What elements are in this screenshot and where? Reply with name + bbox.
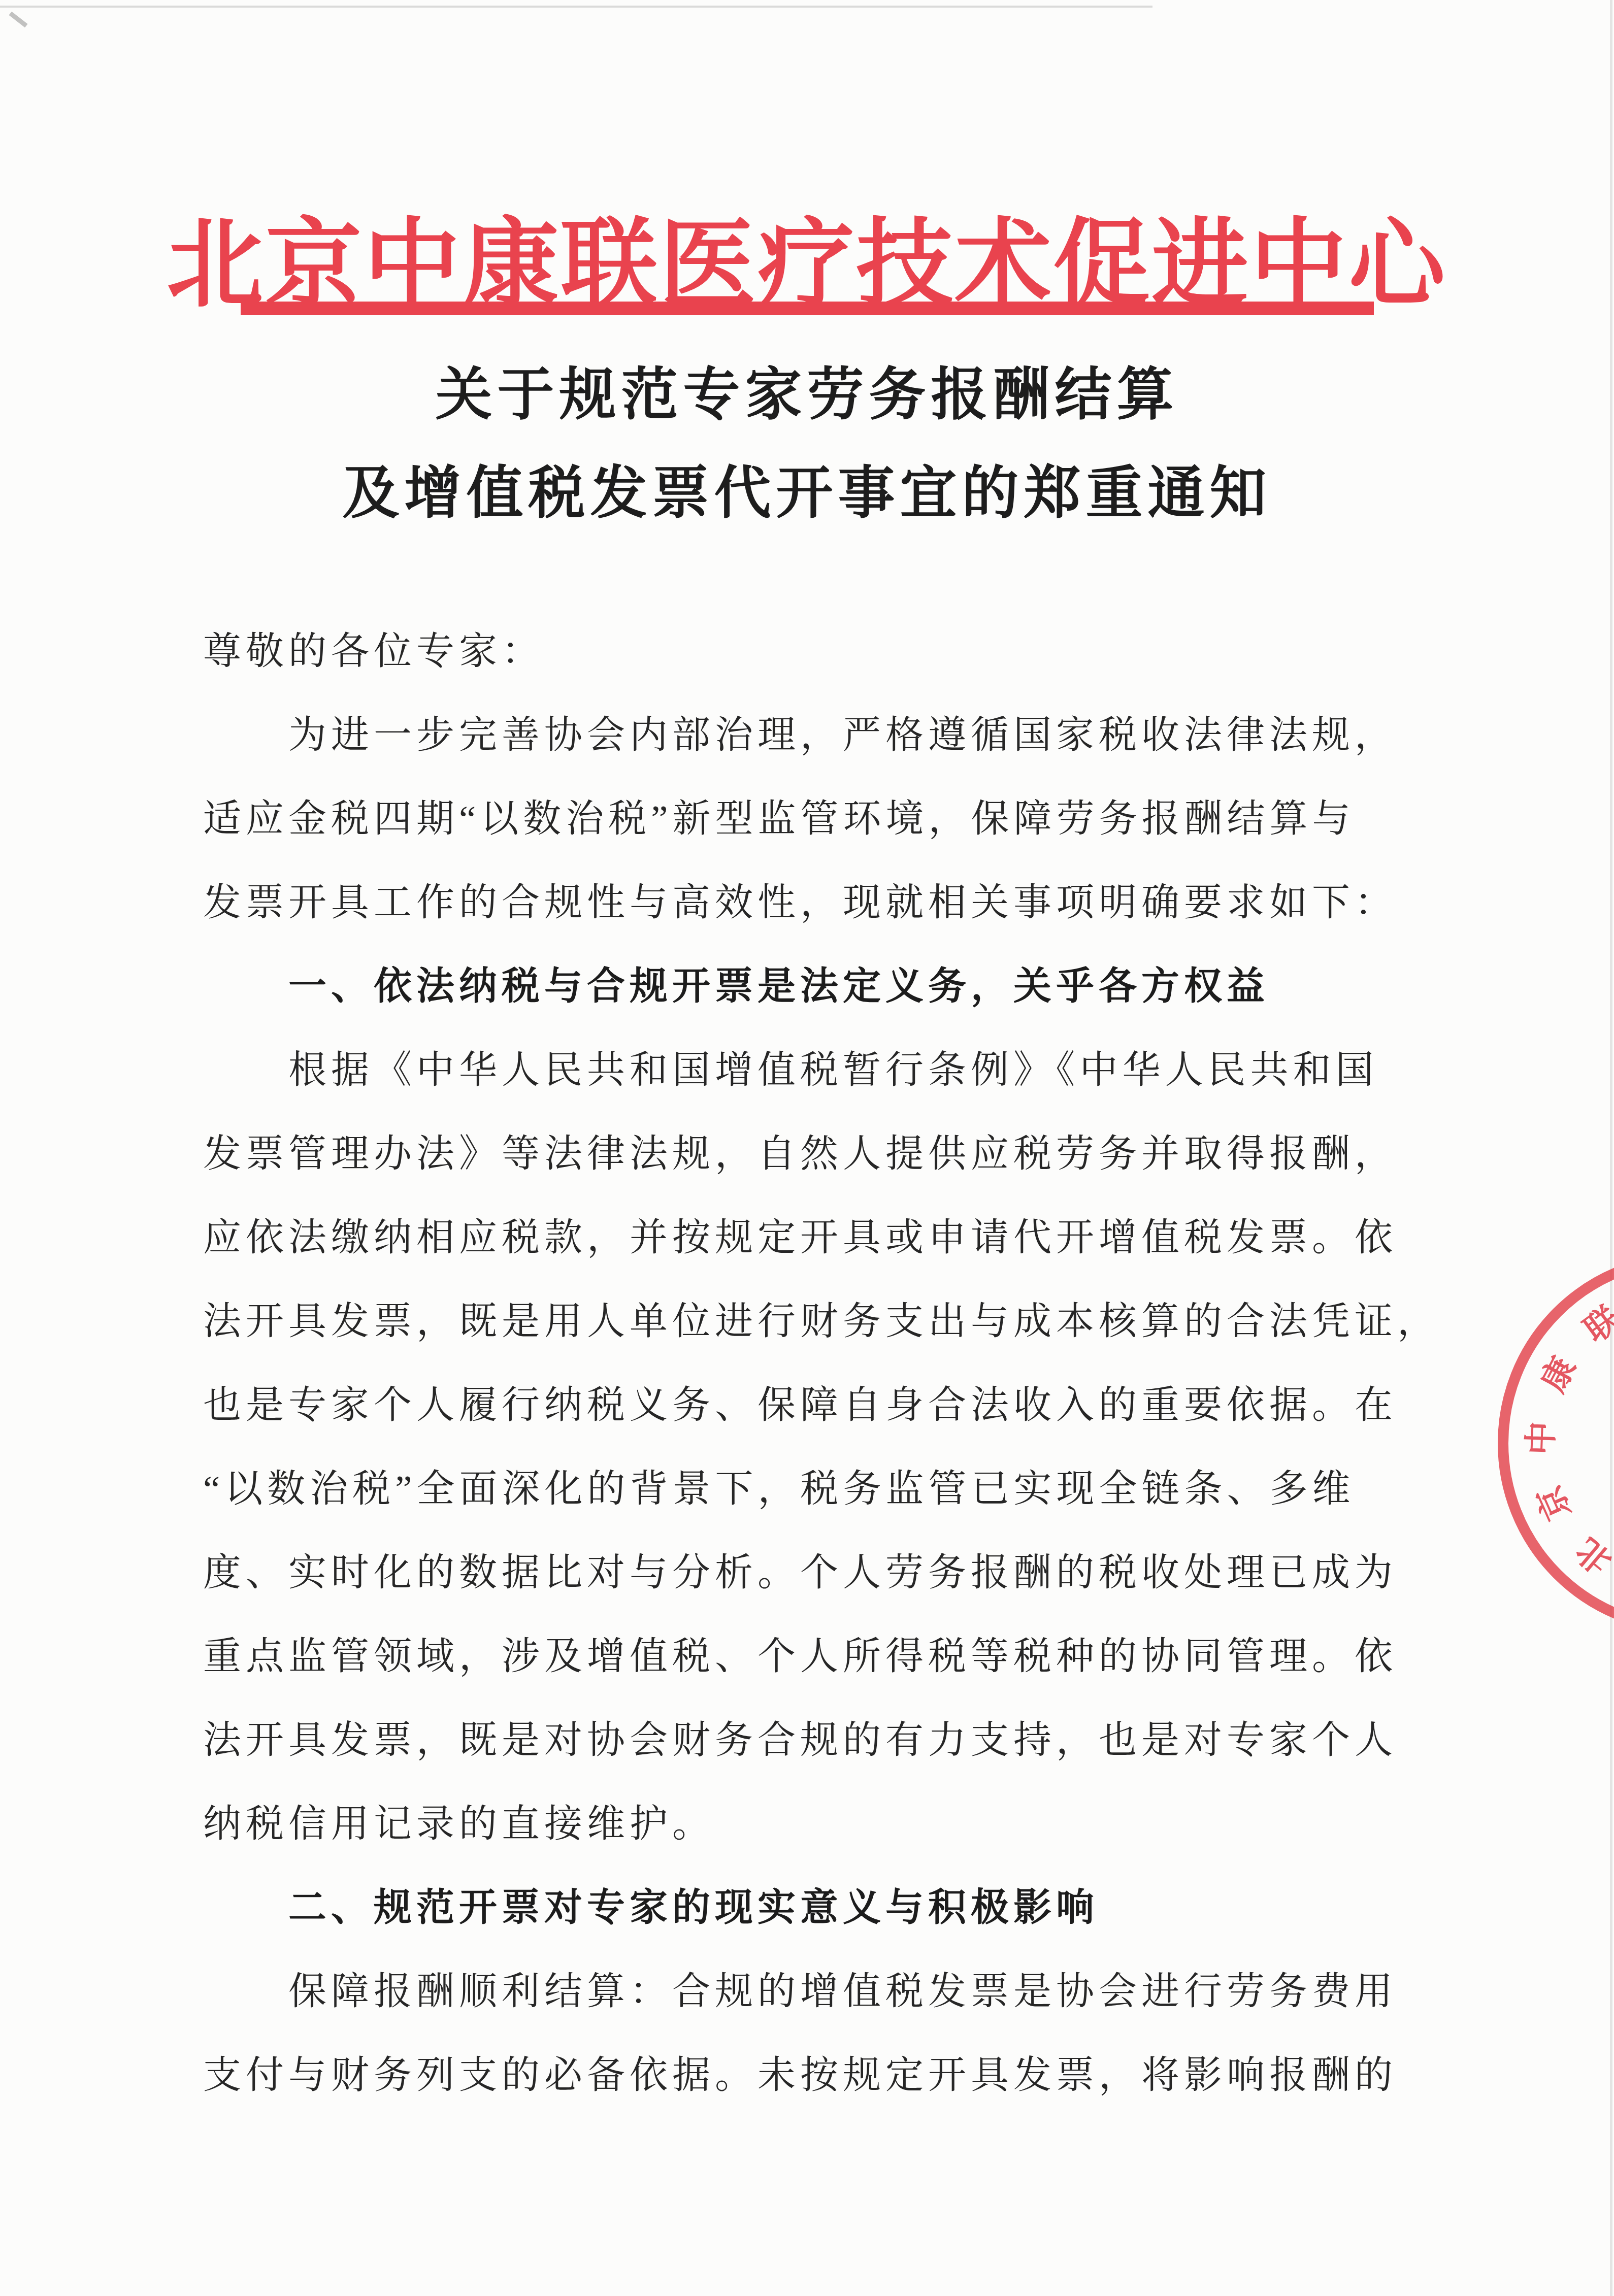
scan-artifact-corner-mark [9,12,27,28]
scan-artifact-right-edge [1610,0,1612,2296]
document-line: 二、规范开票对专家的现实意义与积极影响 [203,1885,1099,1932]
seal-char: 联 [1572,1295,1614,1354]
document-line: 法开具发票，既是用人单位进行财务支出与成本核算的合法凭证， [203,1299,1440,1345]
official-seal: 北京中康联医疗技术促进中心 [1498,1253,1614,1634]
document-line: 也是专家个人履行纳税义务、保障自身合法收入的重要依据。在 [203,1382,1397,1429]
letterhead-rule [241,302,1374,315]
seal-char: 京 [1526,1475,1583,1531]
document-line: 适应金税四期“以数治税”新型监管环境，保障劳务报酬结算与 [203,796,1355,843]
scanned-notice-page: 北京中康联医疗技术促进中心 关于规范专家劳务报酬结算 及增值税发票代开事宜的郑重… [0,0,1614,2296]
scan-artifact-top-line [0,6,1152,8]
document-line: 度、实时化的数据比对与分析。个人劳务报酬的税收处理已成为 [203,1550,1397,1596]
seal-char: 康 [1530,1346,1588,1404]
document-line: “以数治税”全面深化的背景下，税务监管已实现全链条、多维 [203,1466,1355,1513]
document-line: 发票开具工作的合规性与高效性，现就相关事项明确要求如下： [203,880,1397,926]
document-line: 发票管理办法》等法律法规，自然人提供应税劳务并取得报酬， [203,1131,1397,1178]
document-title-line1: 关于规范专家劳务报酬结算 [0,349,1614,431]
document-line: 支付与财务列支的必备依据。未按规定开具发票，将影响报酬的 [203,2052,1397,2099]
document-line: 法开具发票，既是对协会财务合规的有力支持，也是对专家个人 [203,1717,1397,1764]
document-line: 为进一步完善协会内部治理，严格遵循国家税收法律法规， [203,712,1397,759]
document-title-line2: 及增值税发票代开事宜的郑重通知 [0,448,1614,529]
document-line: 根据《中华人民共和国增值税暂行条例》《中华人民共和国 [203,1047,1378,1094]
document-line: 应依法缴纳相应税款，并按规定开具或申请代开增值税发票。依 [203,1215,1397,1261]
seal-char: 中 [1520,1416,1564,1460]
document-line: 尊敬的各位专家： [203,628,544,675]
document-line: 纳税信用记录的直接维护。 [203,1801,715,1848]
document-line: 一、依法纳税与合规开票是法定义务，关乎各方权益 [203,963,1269,1010]
document-line: 保障报酬顺利结算：合规的增值税发票是协会进行劳务费用 [203,1969,1397,2015]
document-line: 重点监管领域，涉及增值税、个人所得税等税种的协同管理。依 [203,1634,1397,1680]
seal-char: 北 [1564,1525,1614,1585]
